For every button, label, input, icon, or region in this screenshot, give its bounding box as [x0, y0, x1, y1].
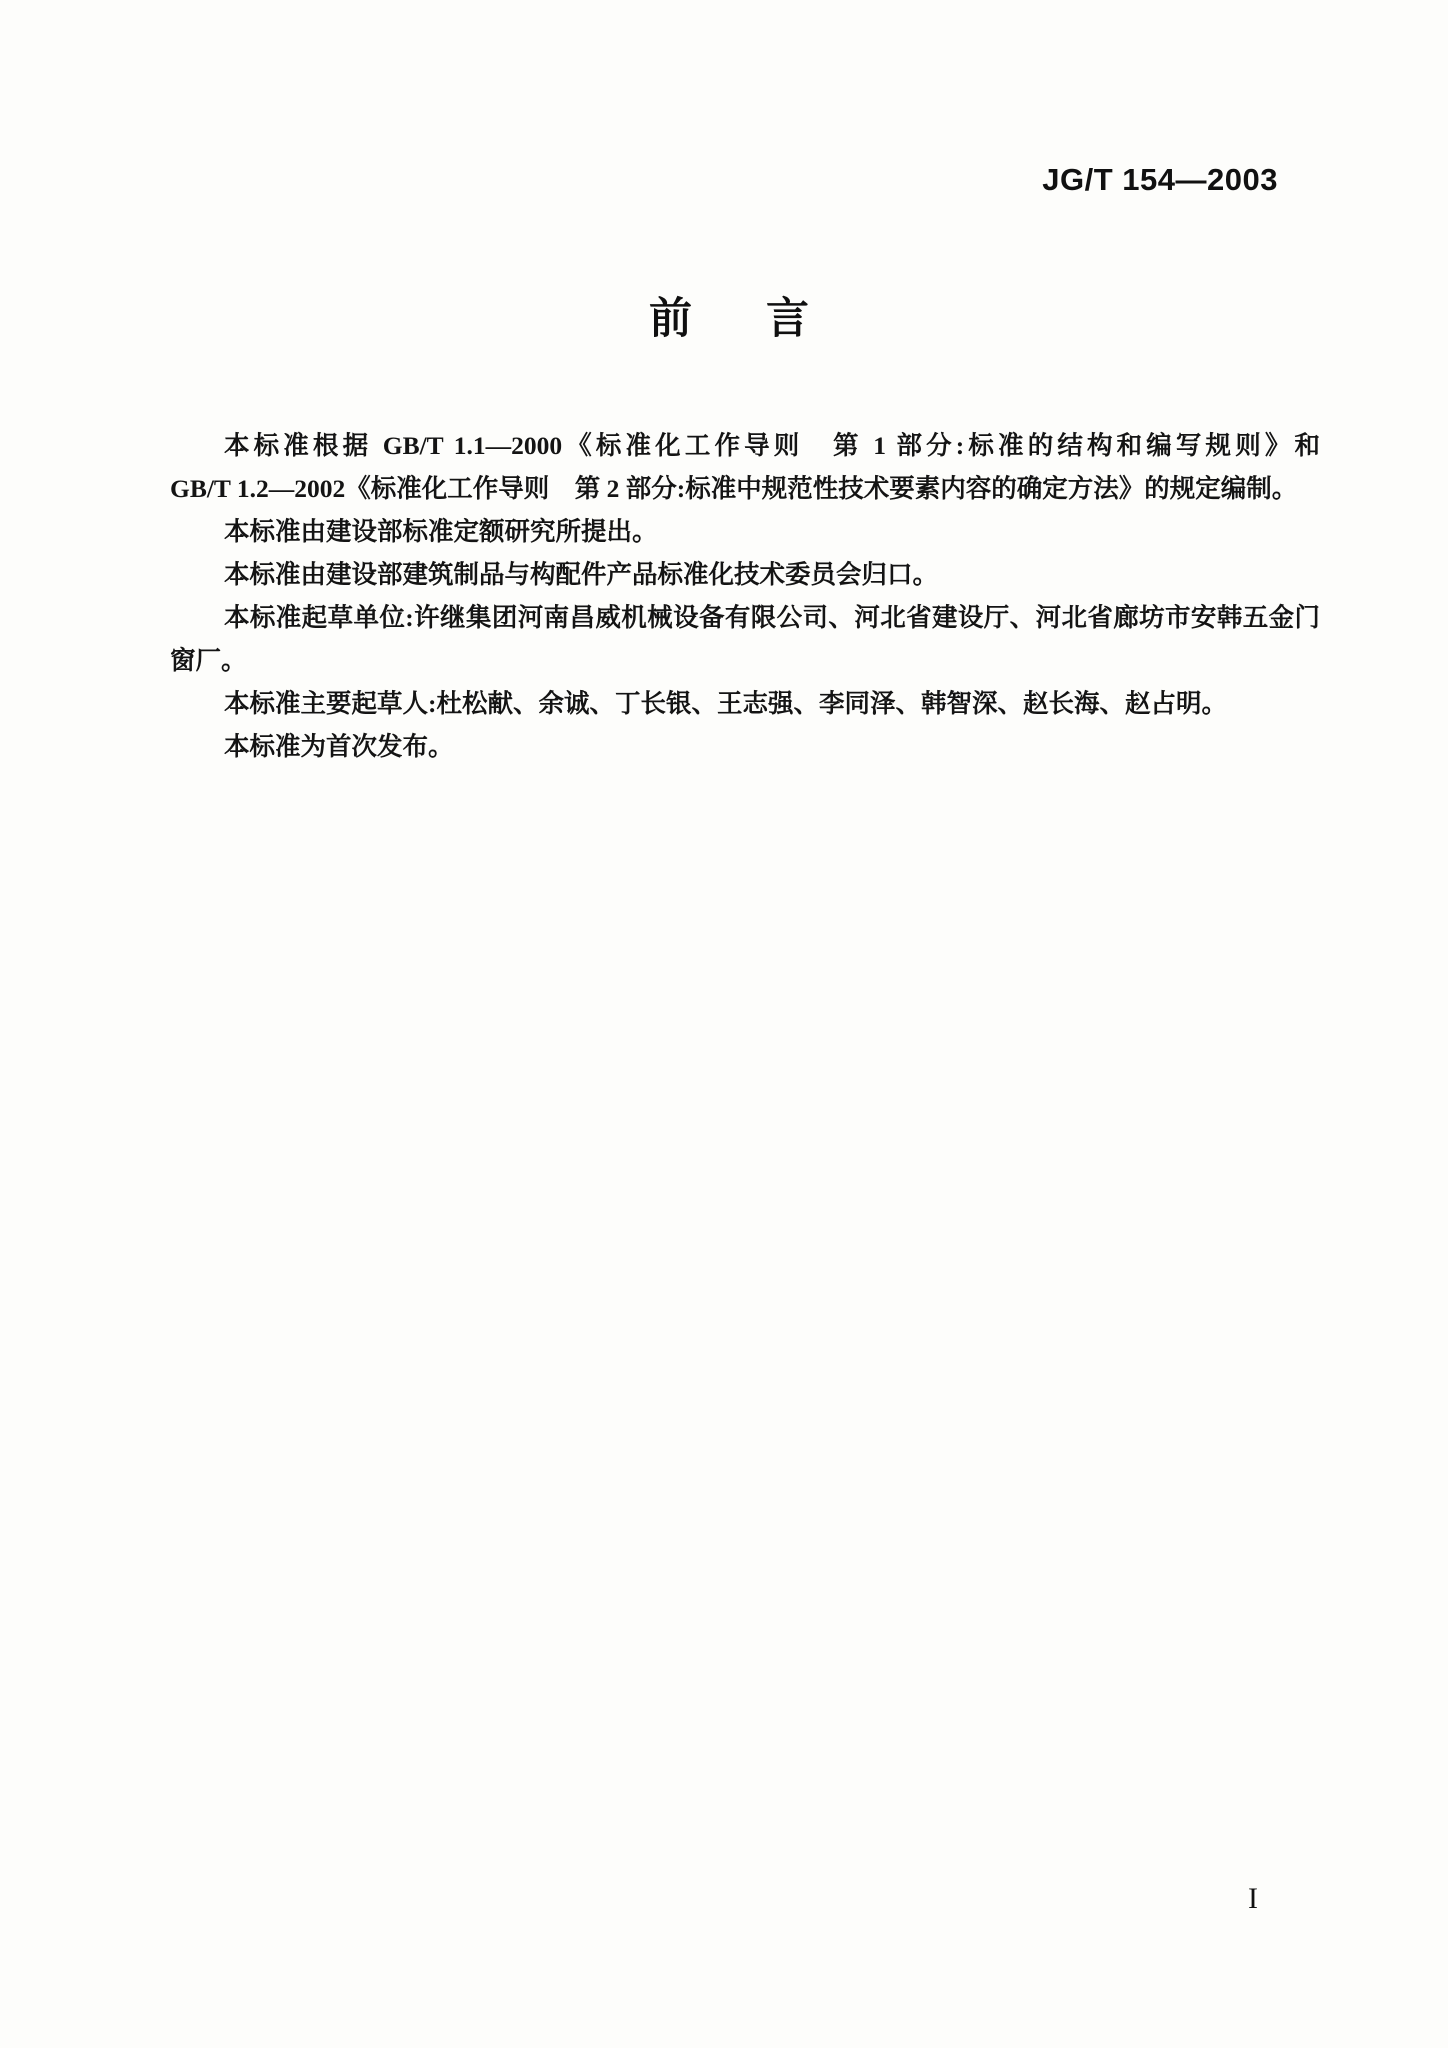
body-line-basis-2: GB/T 1.2—2002《标准化工作导则 第 2 部分:标准中规范性技术要素内… — [170, 467, 1320, 510]
document-page: JG/T 154—2003 前 言 本标准根据 GB/T 1.1—2000《标准… — [0, 0, 1448, 2048]
body-line-basis-1: 本标准根据 GB/T 1.1—2000《标准化工作导则 第 1 部分:标准的结构… — [170, 424, 1320, 467]
foreword-title-char-1: 前 — [649, 296, 692, 343]
foreword-body: 本标准根据 GB/T 1.1—2000《标准化工作导则 第 1 部分:标准的结构… — [170, 424, 1320, 768]
body-line-first-issue: 本标准为首次发布。 — [170, 725, 1320, 768]
foreword-title-char-2: 言 — [766, 296, 809, 343]
body-line-drafting-units-2: 窗厂。 — [170, 639, 1320, 682]
page-number: I — [1248, 1882, 1258, 1916]
standard-number: JG/T 154—2003 — [1042, 162, 1278, 198]
body-line-drafters: 本标准主要起草人:杜松献、余诚、丁长银、王志强、李同泽、韩智深、赵长海、赵占明。 — [170, 682, 1320, 725]
body-line-committee: 本标准由建设部建筑制品与构配件产品标准化技术委员会归口。 — [170, 553, 1320, 596]
body-line-drafting-units-1: 本标准起草单位:许继集团河南昌威机械设备有限公司、河北省建设厅、河北省廊坊市安韩… — [170, 596, 1320, 639]
foreword-title: 前 言 — [154, 296, 1304, 343]
body-line-proposer: 本标准由建设部标准定额研究所提出。 — [170, 510, 1320, 553]
